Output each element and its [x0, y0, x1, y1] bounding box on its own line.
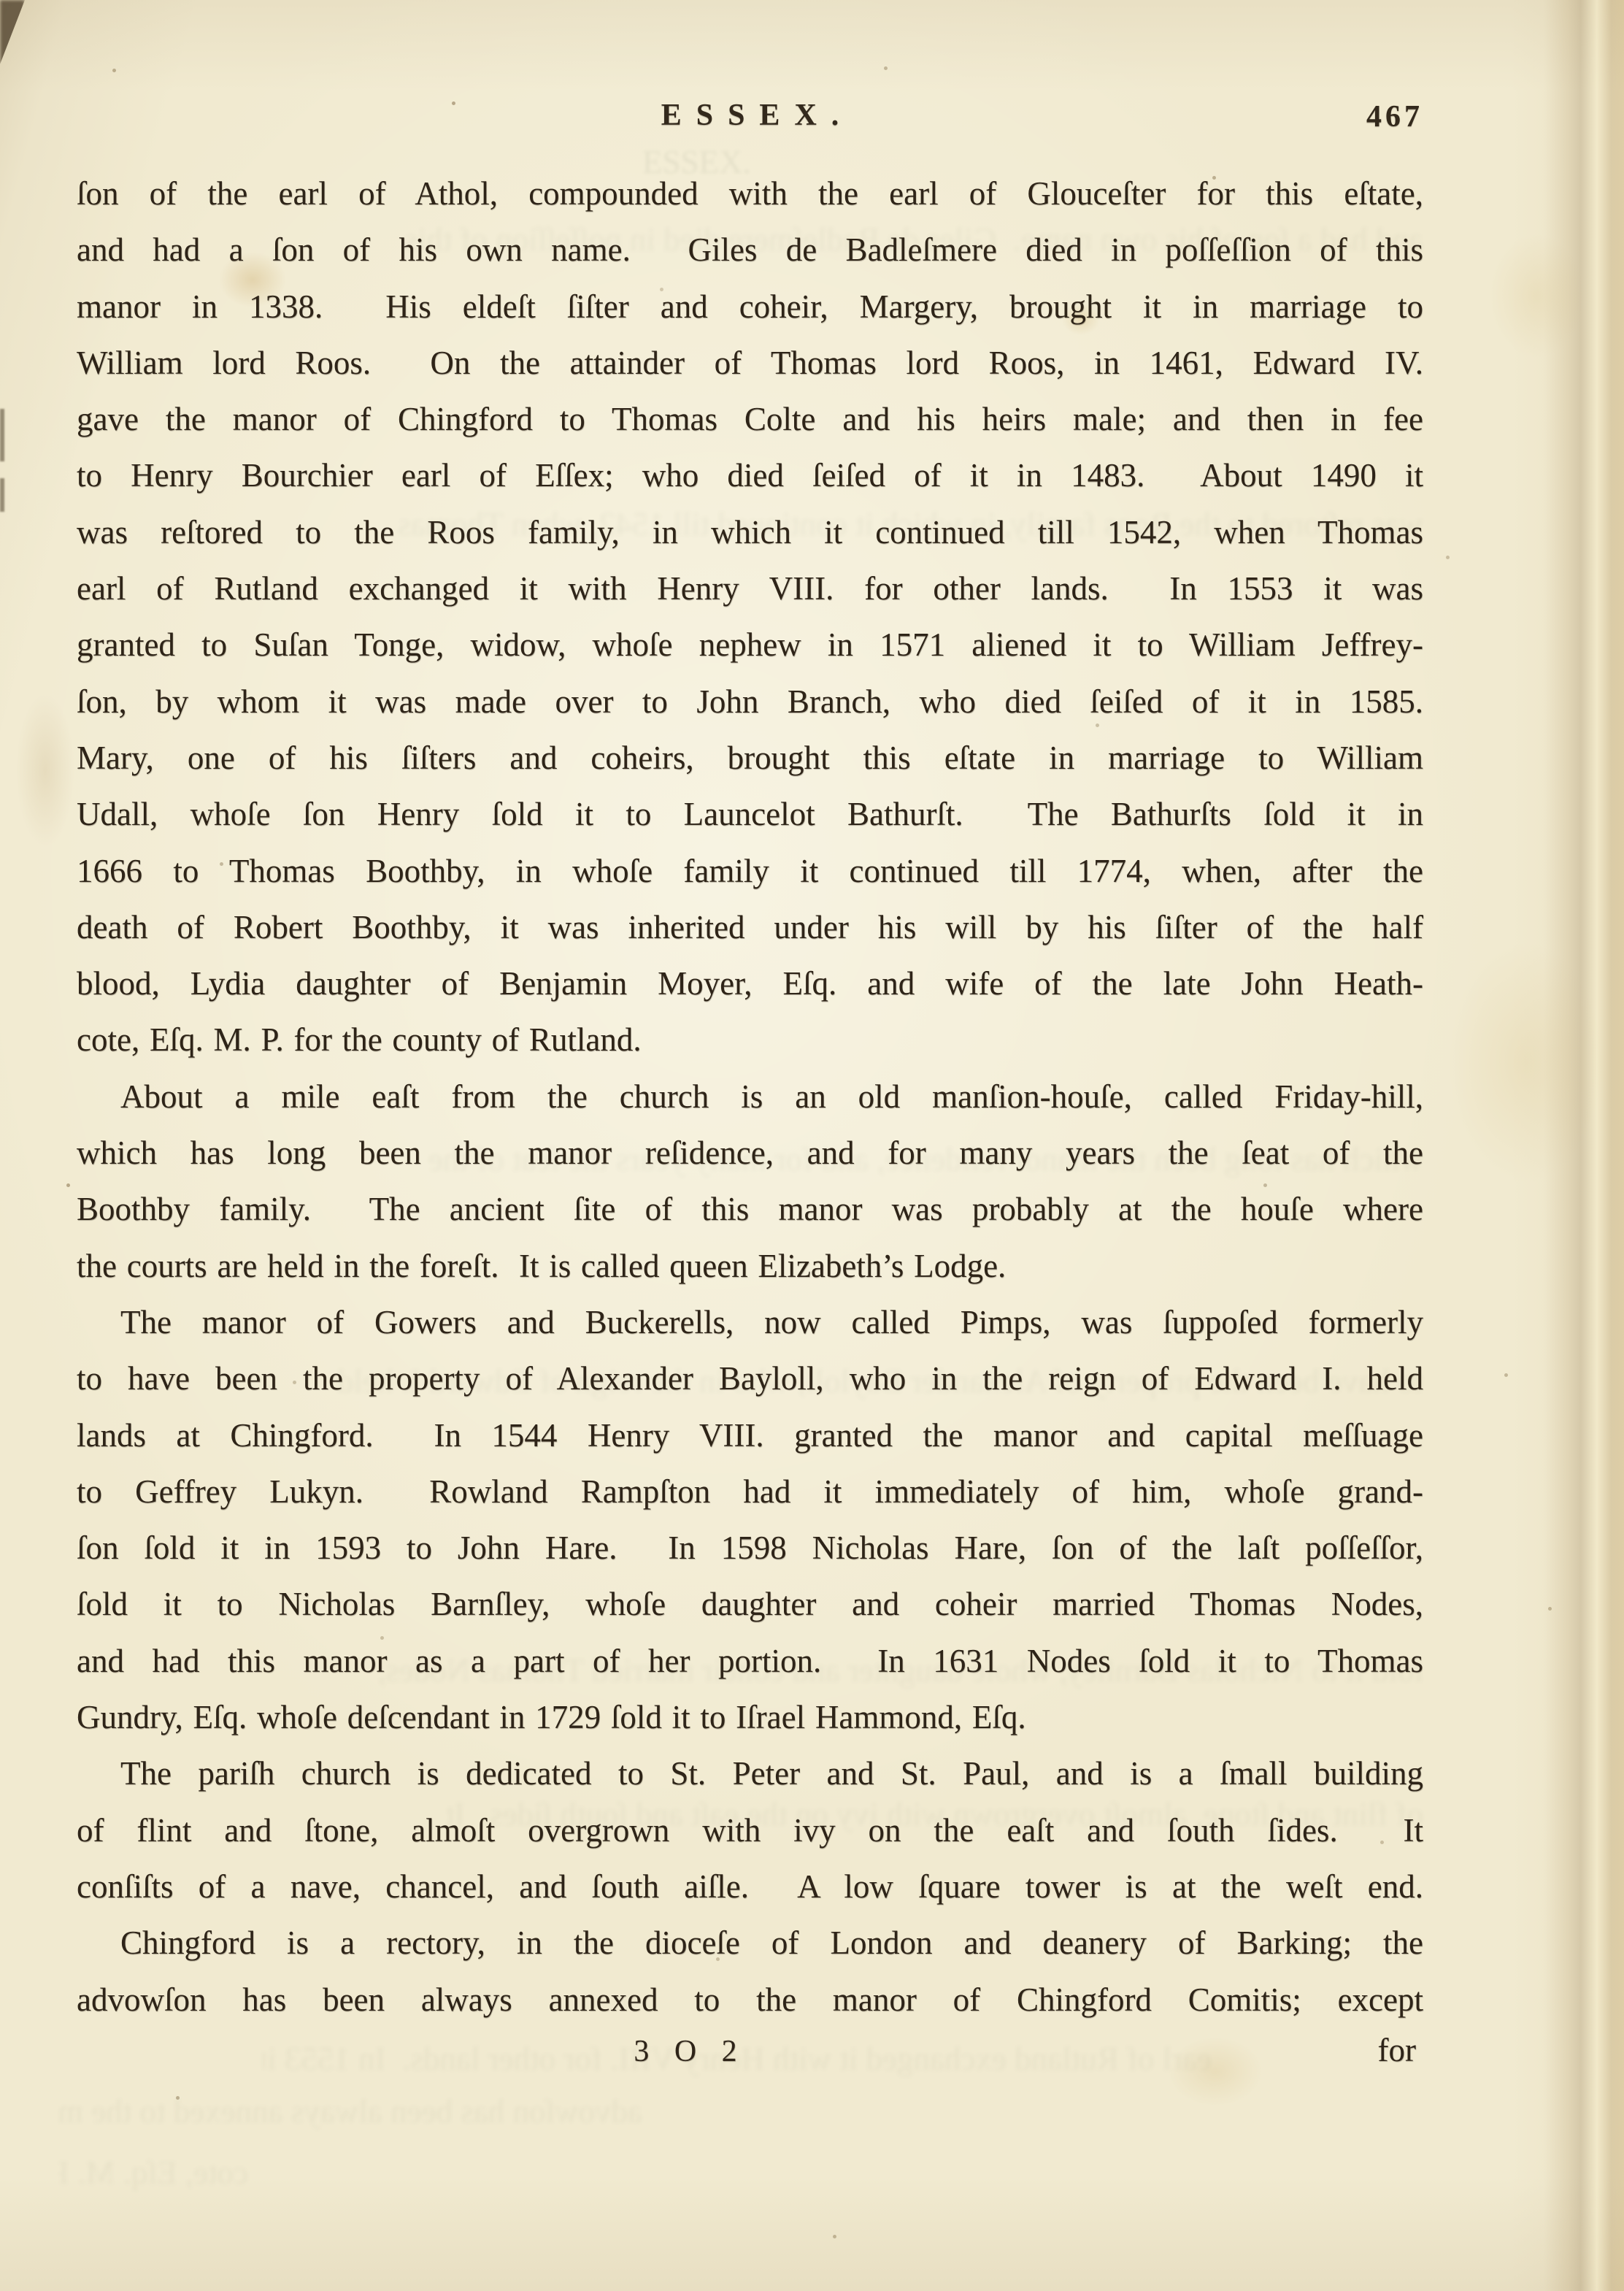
- paper-stain: [1168, 2037, 1263, 2106]
- text-line: and had a ſon of his own name. Giles de …: [77, 222, 1423, 278]
- text-line: 1666 to Thomas Boothby, in whoſe family …: [77, 843, 1423, 899]
- text-line: Udall, whoſe ſon Henry ſold it to Launce…: [77, 786, 1423, 843]
- text-line: gave the manor of Chingford to Thomas Co…: [77, 391, 1423, 448]
- text-line: Chingford is a rectory, in the dioceſe o…: [77, 1915, 1423, 1971]
- fox-specks: [0, 0, 2, 2]
- text-line: and had this manor as a part of her port…: [77, 1633, 1423, 1689]
- text-line: ſold it to Nicholas Barnſley, whoſe daug…: [77, 1576, 1423, 1632]
- text-line: to Geffrey Lukyn. Rowland Rampſton had i…: [77, 1464, 1423, 1520]
- text-line: ſon of the earl of Athol, compounded wit…: [77, 166, 1423, 222]
- text-line: granted to Suſan Tonge, widow, whoſe nep…: [77, 617, 1423, 673]
- text-line: cote, Eſq. M. P. for the county of Rutla…: [77, 1012, 1423, 1068]
- text-line: Boothby family. The ancient ſite of this…: [77, 1181, 1423, 1237]
- book-page-scan: ESSEX. and had a ſon of his own name. Gi…: [0, 0, 1624, 2291]
- text-line: The manor of Gowers and Buckerells, now …: [77, 1294, 1423, 1351]
- text-line: conſiſts of a nave, chancel, and ſouth a…: [77, 1859, 1423, 1915]
- page-number: 467: [1366, 99, 1423, 134]
- page-text: ſon of the earl of Athol, compounded wit…: [77, 166, 1423, 2028]
- binding-edge-mark: [0, 409, 4, 461]
- text-line: blood, Lydia daughter of Benjamin Moyer,…: [77, 956, 1423, 1012]
- catchword: for: [1378, 2031, 1416, 2069]
- text-line: to have been the property of Alexander B…: [77, 1351, 1423, 1407]
- text-line: earl of Rutland exchanged it with Henry …: [77, 561, 1423, 617]
- text-line: of flint and ſtone, almoſt overgrown wit…: [77, 1803, 1423, 1859]
- text-line: death of Robert Boothby, it was inherite…: [77, 899, 1423, 956]
- paper-stain: [16, 694, 74, 847]
- text-line: the courts are held in the foreſt. It is…: [77, 1238, 1423, 1294]
- text-line: manor in 1338. His eldeſt ſiſter and coh…: [77, 279, 1423, 335]
- text-line: ſon, by whom it was made over to John Br…: [77, 674, 1423, 730]
- text-line: lands at Chingford. In 1544 Henry VIII. …: [77, 1408, 1423, 1464]
- text-line: William lord Roos. On the attainder of T…: [77, 335, 1423, 391]
- bleedthrough-text: advowſon has been always annexed to the …: [58, 2089, 642, 2135]
- text-line: About a mile eaſt from the church is an …: [77, 1069, 1423, 1125]
- corner-smudge: [0, 0, 25, 64]
- binding-edge-mark: [0, 478, 4, 512]
- page-edge-shadow: [1544, 0, 1624, 2291]
- text-line: to Henry Bourchier earl of Eſſex; who di…: [77, 448, 1423, 504]
- signature-mark: 3 O 2: [628, 2034, 752, 2069]
- text-line: was reſtored to the Roos family, in whic…: [77, 504, 1423, 561]
- running-header: ESSEX.: [77, 98, 1423, 133]
- text-line: Gundry, Eſq. whoſe deſcendant in 1729 ſo…: [77, 1689, 1423, 1746]
- text-line: ſon ſold it in 1593 to John Hare. In 159…: [77, 1520, 1423, 1576]
- text-line: advowſon has been always annexed to the …: [77, 1972, 1423, 2028]
- text-line: The pariſh church is dedicated to St. Pe…: [77, 1746, 1423, 1802]
- bleedthrough-text: cote, Eſq. M. P. for the county of Rutla…: [58, 2151, 248, 2196]
- text-line: which has long been the manor reſidence,…: [77, 1125, 1423, 1181]
- text-line: Mary, one of his ſiſters and coheirs, br…: [77, 730, 1423, 786]
